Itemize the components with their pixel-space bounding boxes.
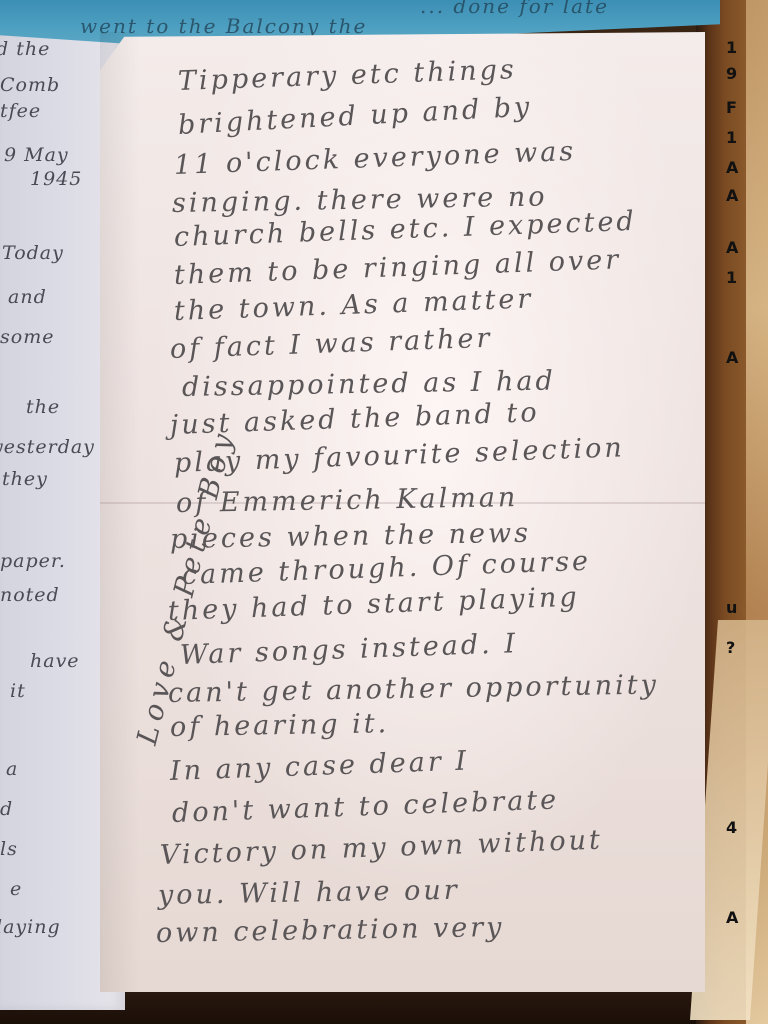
left-page-text: the xyxy=(26,396,60,418)
mark: A xyxy=(726,240,738,256)
left-page-text: Comb xyxy=(0,74,60,96)
left-page-text: e xyxy=(10,878,22,900)
letter-line: dissappointed as I had xyxy=(182,365,556,403)
letter-line: of Emmerich Kalman xyxy=(176,482,519,519)
mark: A xyxy=(726,188,738,204)
left-page-text: a xyxy=(6,758,18,780)
letter-line: of hearing it. xyxy=(170,708,390,743)
letter-line: you. Will have our xyxy=(158,875,460,911)
left-page-text: it xyxy=(10,680,26,702)
left-page-text: 9 May xyxy=(4,144,69,166)
left-page-text: 1945 xyxy=(30,168,82,190)
left-page-text: d the xyxy=(0,38,50,60)
left-page-text: they xyxy=(2,468,48,490)
mark: A xyxy=(726,160,738,176)
mark: 1 xyxy=(726,270,737,286)
left-page-text: some xyxy=(0,326,54,348)
left-page-text: paper. xyxy=(0,550,66,572)
mark: ? xyxy=(726,640,735,656)
left-page-text: ls xyxy=(0,838,18,860)
photo-scene: 1 9 F 1 A A A 1 A u ? 4 A d the Comb tfe… xyxy=(0,0,768,1024)
left-page-text: noted xyxy=(0,584,60,606)
letter-line: own celebration very xyxy=(156,912,505,949)
left-page-text: and xyxy=(8,286,47,308)
mark: 1 xyxy=(726,130,737,146)
blue-envelope-text: ... done for late xyxy=(420,0,609,18)
mark: 9 xyxy=(726,66,737,82)
mark: 1 xyxy=(726,40,737,56)
left-page-text: yesterday xyxy=(0,436,95,458)
mark: F xyxy=(726,100,737,116)
mark: A xyxy=(726,910,738,926)
mark: 4 xyxy=(726,820,737,836)
left-page-text: laying xyxy=(0,916,61,938)
left-page-text: d xyxy=(0,798,13,820)
page-spine-shadow xyxy=(100,32,140,992)
left-page-text: Today xyxy=(2,242,64,264)
mark: A xyxy=(726,350,738,366)
left-page-text: have xyxy=(30,650,80,672)
left-page-text: tfee xyxy=(0,100,41,122)
mark: u xyxy=(726,600,737,616)
paper-stack-right xyxy=(696,0,768,1024)
